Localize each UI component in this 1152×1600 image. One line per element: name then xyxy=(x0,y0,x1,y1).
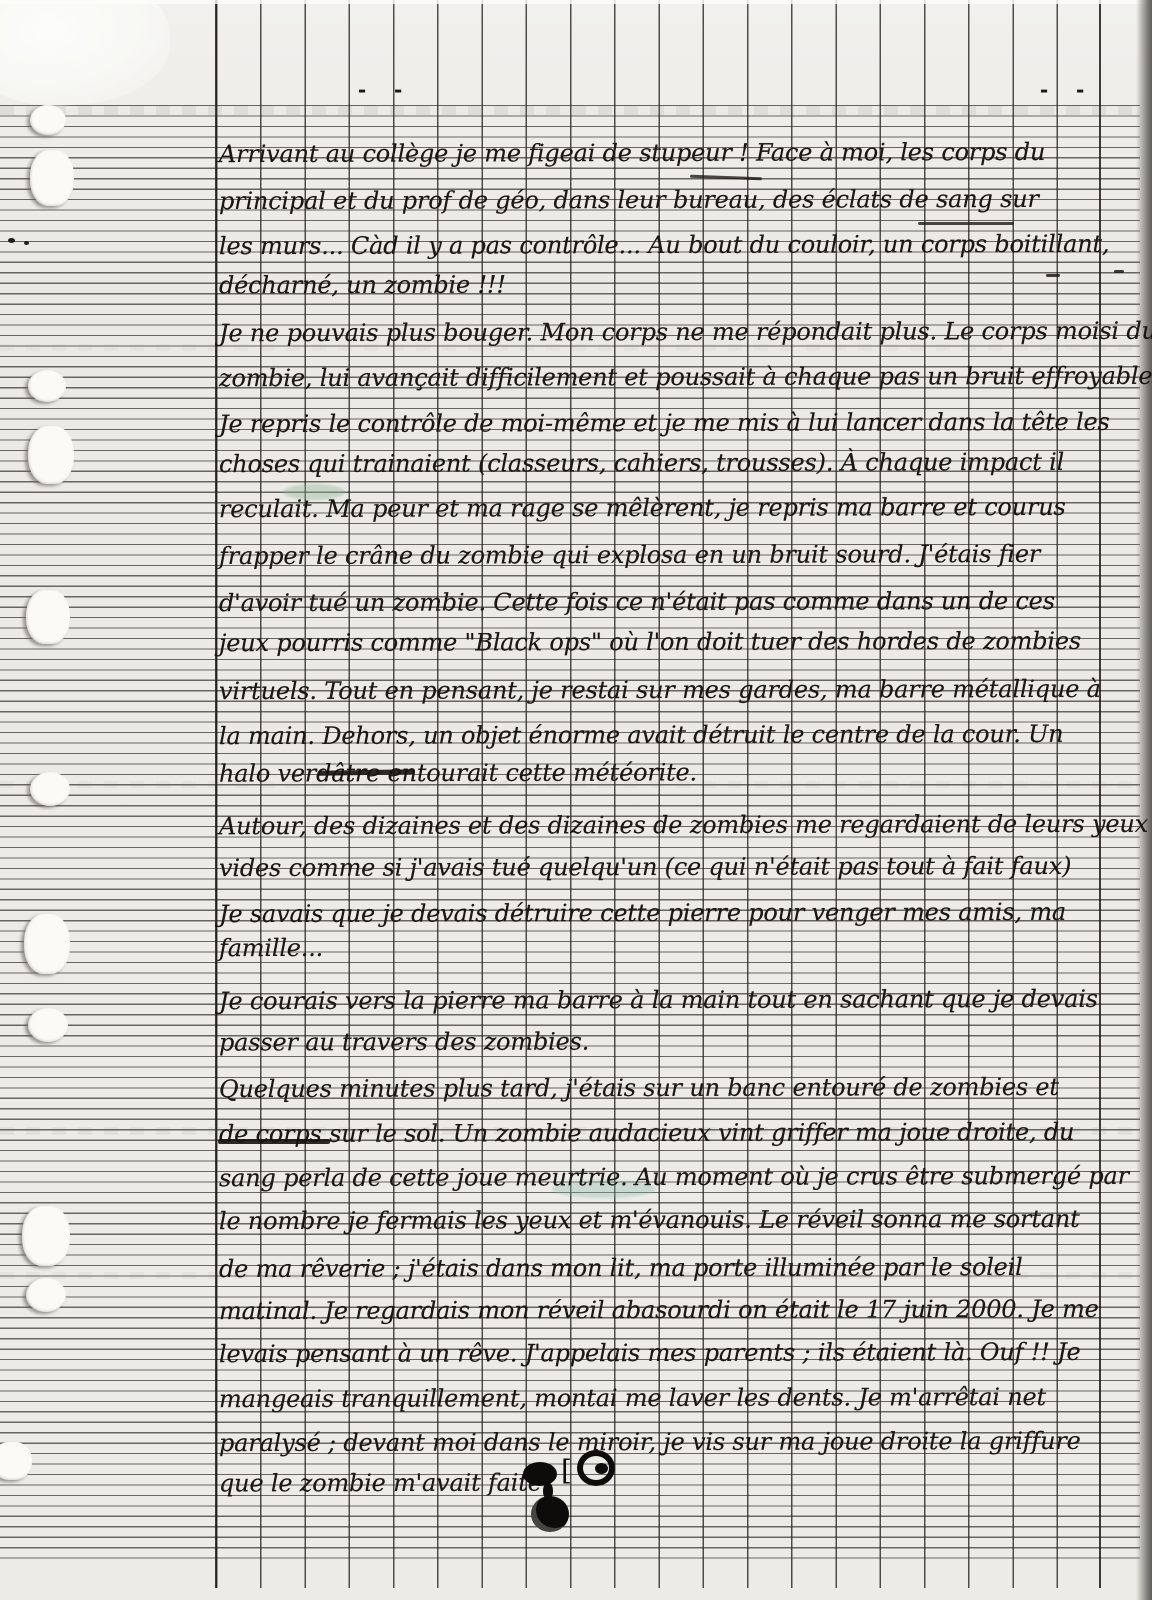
handwritten-line: le nombre je fermais les yeux et m'évano… xyxy=(219,1207,1080,1234)
handwritten-line: d'avoir tué un zombie. Cette fois ce n'é… xyxy=(219,589,1055,616)
punch-hole xyxy=(28,1008,68,1042)
stray-ink-dot xyxy=(8,238,15,243)
punch-hole xyxy=(28,370,66,402)
punch-hole xyxy=(24,914,70,974)
handwritten-line: Arrivant au collège je me figeai de stup… xyxy=(219,140,1045,167)
stray-ink-dot xyxy=(24,241,29,245)
ink-blot xyxy=(531,1496,569,1532)
handwritten-line: reculait. Ma peur et ma rage se mêlèrent… xyxy=(219,495,1066,522)
handwritten-line: vides comme si j'avais tué quelqu'un (ce… xyxy=(219,854,1071,881)
pen-dash xyxy=(1114,270,1124,273)
punch-hole xyxy=(22,1206,70,1266)
handwritten-line: que le zombie m'avait faite. xyxy=(219,1471,549,1497)
punch-hole xyxy=(30,150,74,206)
scan-edge-shadow xyxy=(1136,0,1152,1600)
circle-doodle xyxy=(577,1450,615,1486)
handwritten-line: Je savais que je devais détruire cette p… xyxy=(219,900,1066,927)
handwritten-line: famille... xyxy=(219,936,323,961)
notebook-page: - - - - Arrivant au collège je me figeai… xyxy=(0,0,1152,1600)
handwritten-line: Quelques minutes plus tard, j'étais sur … xyxy=(219,1075,1059,1102)
handwritten-line: les murs... Càd il y a pas contrôle... A… xyxy=(219,232,1109,260)
ink-blot xyxy=(523,1462,557,1486)
pen-dash-marks-right: - - xyxy=(1038,78,1092,102)
handwritten-line: principal et du prof de géo, dans leur b… xyxy=(219,187,1039,214)
punch-hole xyxy=(26,1278,66,1312)
scan-noise-band xyxy=(0,106,1140,115)
handwritten-line: frapper le crâne du zombie qui explosa e… xyxy=(219,542,1040,569)
handwritten-line: décharné, un zombie !!! xyxy=(219,273,506,299)
ink-doodle: [ xyxy=(505,1448,625,1548)
handwritten-line: sang perla de cette joue meurtrie. Au mo… xyxy=(219,1164,1129,1192)
handwritten-line: mangeais tranquillement, montai me laver… xyxy=(219,1385,1046,1412)
punch-hole xyxy=(30,772,70,806)
bracket-mark: [ xyxy=(561,1454,572,1487)
handwritten-line: la main. Dehors, un objet énorme avait d… xyxy=(219,722,1063,749)
handwritten-line: Je ne pouvais plus bouger. Mon corps ne … xyxy=(219,319,1152,347)
torn-paper-patch xyxy=(0,0,174,112)
handwritten-line: de corps sur le sol. Un zombie audacieux… xyxy=(219,1120,1074,1147)
handwritten-line: Je repris le contrôle de moi-même et je … xyxy=(219,410,1110,438)
punch-hole xyxy=(0,1442,32,1480)
handwritten-line: halo verdâtre entourait cette météorite. xyxy=(219,760,697,786)
pen-dash xyxy=(1046,274,1060,277)
handwritten-line: choses qui trainaient (classeurs, cahier… xyxy=(219,450,1064,477)
handwritten-line: virtuels. Tout en pensant, je restai sur… xyxy=(219,677,1101,704)
handwritten-line: jeux pourris comme "Black ops" où l'on d… xyxy=(219,629,1081,656)
punch-hole xyxy=(30,105,66,135)
margin-line-left xyxy=(215,0,217,1588)
underline-mark-quelques xyxy=(218,1139,330,1144)
underline-mark-sang xyxy=(918,222,1014,225)
punch-hole xyxy=(26,590,70,644)
scan-top-edge xyxy=(0,0,1152,4)
handwritten-line: matinal. Je regardais mon réveil abasour… xyxy=(219,1297,1099,1324)
handwritten-line: paralysé ; devant moi dans le miroir, je… xyxy=(219,1429,1081,1456)
handwritten-line: passer au travers des zombies. xyxy=(219,1030,589,1056)
pen-dash-marks-left: - - xyxy=(356,78,410,102)
handwritten-line: Je courais vers la pierre ma barre à la … xyxy=(219,987,1098,1014)
handwritten-line: levais pensant à un rêve. J'appelais mes… xyxy=(219,1340,1081,1367)
circle-doodle-center xyxy=(595,1463,608,1474)
handwritten-line: Autour, des dizaines et des dizaines de … xyxy=(219,812,1148,840)
punch-hole xyxy=(28,426,74,484)
handwritten-line: de ma rêverie ; j'étais dans mon lit, ma… xyxy=(219,1255,1023,1282)
handwritten-line: zombie, lui avançait difficilement et po… xyxy=(219,364,1152,392)
